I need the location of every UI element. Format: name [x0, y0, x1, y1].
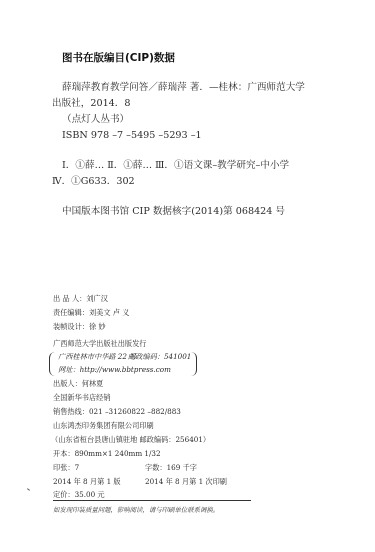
printing: 2014 年 8 月第 1 次印刷: [145, 475, 227, 488]
cip-entry-line1: 薛瑞萍教育教学问答／薛瑞萍 著．—桂林：广西师范大学: [62, 80, 305, 96]
cip-subjects-line2: Ⅳ．①G633．302: [52, 174, 135, 190]
cip-entry-line2: 出版社，2014．8: [52, 96, 131, 112]
producer: 出 品 人：刘广汉: [53, 292, 108, 305]
distribution: 全国新华书店经销: [53, 391, 111, 404]
publisher-postcode: 邮政编码：541001: [128, 350, 191, 363]
divider-rule: [53, 500, 251, 501]
sales-hotline: 销售热线：021 –31260822 –882/883: [53, 405, 181, 418]
book-format: 开本：890mm×1 240mm 1/32: [53, 447, 161, 460]
quality-notice: 如发现印装质量问题，影响阅读，请与印刷单位联系调换。: [53, 505, 219, 514]
publisher-person: 出版人：何林夏: [53, 377, 103, 390]
publisher-website: 网址：http://www.bbtpress.com: [58, 363, 171, 376]
designer: 装帧设计：徐 妙: [53, 320, 106, 333]
publisher-distributor: 广西师范大学出版社出版发行: [53, 337, 146, 350]
edition: 2014 年 8 月第 1 版: [53, 475, 121, 488]
cip-number: 中国版本图书馆 CIP 数据核字(2014)第 068424 号: [62, 204, 285, 220]
publisher-address: 广西桂林市中华路 22 号: [58, 350, 136, 363]
cip-series: （点灯人丛书）: [62, 112, 129, 128]
cip-isbn: ISBN 978 –7 –5495 –5293 –1: [62, 128, 202, 144]
print-sheets: 印张：7: [53, 461, 79, 474]
printer-address: （山东省桓台县唐山镇驻地 邮政编码：256401）: [51, 433, 210, 446]
cip-subjects-line1: Ⅰ．①薛… Ⅱ．①薛… Ⅲ．①语文课–教学研究–中小学: [62, 158, 289, 174]
printer: 山东鸿杰印务集团有限公司印刷: [53, 419, 154, 432]
responsible-editor: 责任编辑：刘美文 卢 义: [53, 306, 129, 319]
word-count: 字数：169 千字: [145, 461, 197, 474]
scan-speck: [27, 488, 30, 491]
cip-heading: 图书在版编目(CIP)数据: [62, 50, 175, 65]
